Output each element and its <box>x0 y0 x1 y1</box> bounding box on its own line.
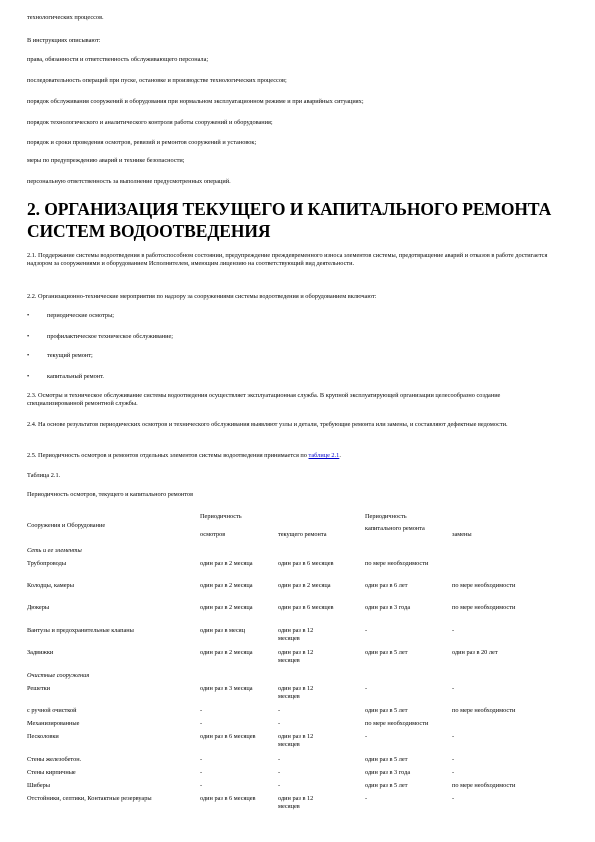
header-col-2: текущего ремонта <box>278 531 327 539</box>
section-heading: 2. ОРГАНИЗАЦИЯ ТЕКУЩЕГО И КАПИТАЛЬНОГО Р… <box>27 198 567 242</box>
intro-line: права, обязанности и ответственность обс… <box>27 56 208 64</box>
table-group-row: Сеть и ее элементы <box>27 547 82 555</box>
bullet-icon: • <box>27 312 29 320</box>
intro-line: порядок обслуживания сооружений и оборуд… <box>27 98 364 106</box>
intro-line: меры по предупреждению аварий и технике … <box>27 157 185 165</box>
header-col-4: замены <box>452 531 472 539</box>
header-group-1: Периодичность <box>200 513 242 521</box>
bullet-icon: • <box>27 373 29 381</box>
paragraph-2-2: 2.2. Организационно-технические мероприя… <box>27 293 557 301</box>
table-title: Периодичность осмотров, текущего и капит… <box>27 491 193 499</box>
table-label: Таблица 2.1. <box>27 472 60 480</box>
paragraph-2-4: 2.4. На основе результатов периодических… <box>27 421 557 429</box>
header-col-0: Сооружения и Оборудование <box>27 522 105 530</box>
paragraph-2-5: 2.5. Периодичность осмотров и ремонтов о… <box>27 452 341 460</box>
intro-line: персональную ответственность за выполнен… <box>27 178 231 186</box>
bullet-icon: • <box>27 333 29 341</box>
intro-line: технологических процессов. <box>27 14 104 22</box>
intro-line: порядок и сроки проведения осмотров, рев… <box>27 139 256 147</box>
paragraph-2-1: 2.1. Поддержание системы водоотведения в… <box>27 252 557 268</box>
intro-line: порядок технологического и аналитическог… <box>27 119 273 127</box>
table-group-row: Очистные сооружения <box>27 672 89 680</box>
header-col-3: капитального ремонта <box>365 525 435 533</box>
header-group-2: Периодичность <box>365 513 407 521</box>
intro-line: последовательность операций при пуске, о… <box>27 77 287 85</box>
intro-line: В инструкциях описывают: <box>27 37 101 45</box>
paragraph-2-3: 2.3. Осмотры и техническое обслуживание … <box>27 392 557 408</box>
header-col-1: осмотров <box>200 531 225 539</box>
bullet-icon: • <box>27 352 29 360</box>
table-2-1-link[interactable]: таблице 2.1 <box>309 452 340 459</box>
